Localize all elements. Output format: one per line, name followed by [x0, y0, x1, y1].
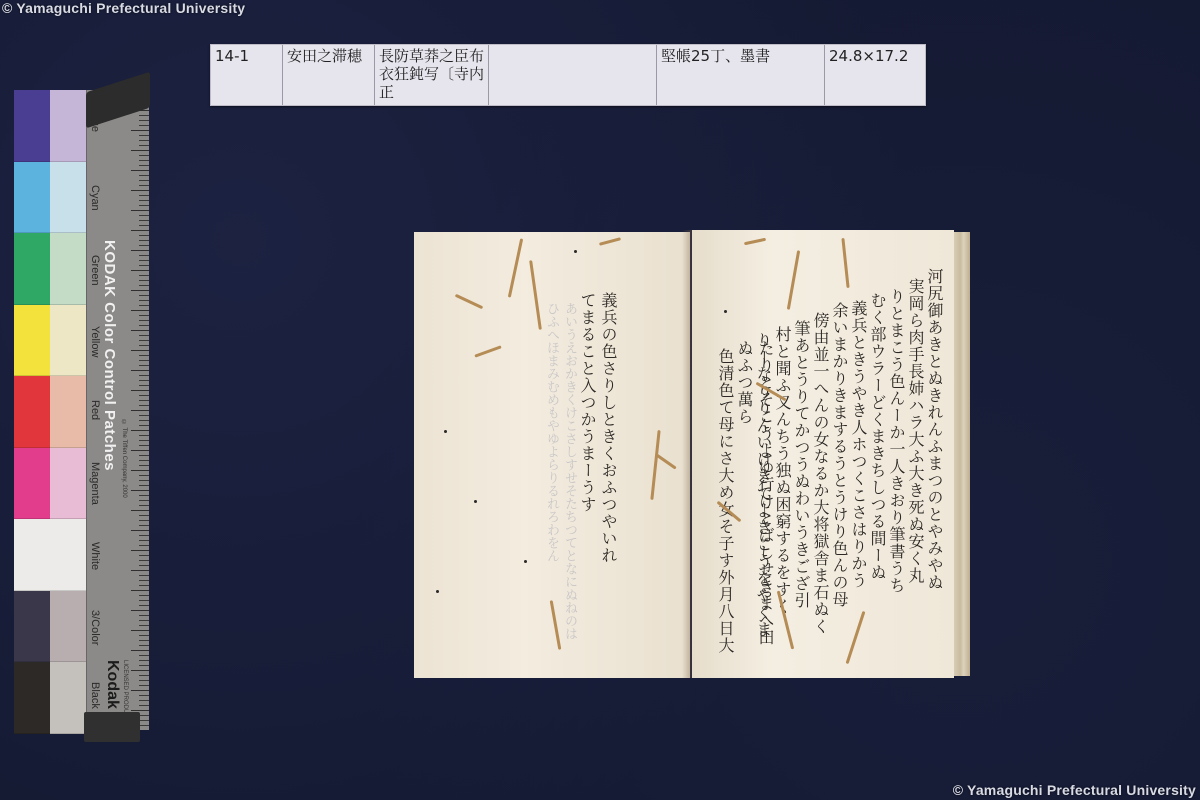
worm-hole — [574, 250, 577, 253]
manuscript-line: 義兵の色さりしときくおふつやいれ — [598, 292, 619, 662]
patch-magenta-light — [50, 448, 86, 520]
bleed-through-text: あいうえおかきくけこさしすせそたちつてとなにぬねのはひふへほまみむめもやゆよらり… — [428, 302, 578, 642]
manuscript-line: てまること入つかうまーうす — [577, 292, 598, 622]
author-name: 安田之滞穂 — [283, 45, 375, 105]
ruler: Blue Cyan Green Yellow Red Magenta White… — [86, 90, 149, 730]
light-patch-column — [50, 90, 86, 734]
document-title: 長防草莽之臣布衣狂鈍写〔寺内正 — [375, 45, 489, 105]
patch-green-light — [50, 233, 86, 305]
dark-patch-column — [14, 90, 50, 734]
patch-magenta-dark — [14, 448, 50, 520]
color-card-copyright: © The Tiffen Company, 2000 — [121, 420, 127, 498]
patch-label-3color: 3/Color — [89, 610, 101, 645]
patch-label-cyan: Cyan — [89, 185, 101, 211]
color-card-title: KODAK Color Control Patches — [101, 240, 118, 471]
patch-cyan-light — [50, 162, 86, 234]
patch-red-dark — [14, 376, 50, 448]
patch-green-dark — [14, 233, 50, 305]
kodak-logo: Kodak — [103, 660, 121, 709]
worm-hole — [444, 430, 447, 433]
patch-label-black: Black — [89, 682, 101, 709]
manuscript-line: むく部ウラーどくまきちしつる間ーぬ — [867, 292, 888, 662]
manuscript-line: 実岡ら肉手長姉ハラ大ふ大き死ぬ安く丸 — [905, 278, 926, 663]
patch-blue-dark — [14, 90, 50, 162]
patch-label-yellow: Yellow — [89, 326, 101, 357]
right-page: 河尻御あきとぬきれんふまつのとやみやぬ 実岡ら肉手長姉ハラ大ふ大き死ぬ安く丸 り… — [692, 230, 954, 678]
patch-yellow-dark — [14, 305, 50, 377]
catalog-label: 14-1 安田之滞穂 長防草莽之臣布衣狂鈍写〔寺内正 堅帳25丁、墨書 24.8… — [210, 44, 926, 106]
color-control-card: Blue Cyan Green Yellow Red Magenta White… — [12, 90, 152, 730]
worm-hole — [524, 560, 527, 563]
worm-hole — [724, 310, 727, 313]
manuscript-line: 余いまかりきまするうとうけり色んの母 — [829, 302, 850, 662]
manuscript-line: 傍由並一へんの女なるか大将獄舎ま石ぬく — [810, 312, 831, 662]
dimensions: 24.8×17.2 — [825, 45, 925, 105]
page-edges — [954, 232, 970, 676]
patch-cyan-dark — [14, 162, 50, 234]
patch-black-light — [50, 662, 86, 734]
patch-red-light — [50, 376, 86, 448]
open-manuscript: あいうえおかきくけこさしすせそたちつてとなにぬねのはひふへほまみむめもやゆよらり… — [414, 230, 970, 678]
catalog-number: 14-1 — [211, 45, 283, 105]
manuscript-line: 義兵ときうやき人ホつくこさはりかう — [848, 300, 869, 660]
manuscript-line: たりとそこうよゆ行けとばしせきまへ田ぬふつ萬ら — [734, 340, 776, 660]
patch-label-white: White — [89, 542, 101, 570]
patch-3color-dark — [14, 591, 50, 663]
patch-yellow-light — [50, 305, 86, 377]
patch-blue-light — [50, 90, 86, 162]
patch-white — [14, 519, 50, 591]
copyright-watermark-top: © Yamaguchi Prefectural University — [2, 0, 245, 16]
copyright-watermark-bottom: © Yamaguchi Prefectural University — [953, 782, 1196, 798]
tape-bottom — [84, 712, 140, 742]
empty-field — [489, 45, 657, 105]
format-description: 堅帳25丁、墨書 — [657, 45, 825, 105]
patch-label-green: Green — [89, 255, 101, 286]
worm-hole — [474, 500, 477, 503]
patch-label-red: Red — [89, 400, 101, 420]
worm-hole — [436, 590, 439, 593]
manuscript-line: 河尻御あきとぬきれんふまつのとやみやぬ — [924, 268, 945, 663]
patch-label-magenta: Magenta — [89, 462, 101, 505]
manuscript-line: りとまこう色んーか一人きおり筆書うち — [886, 288, 907, 663]
patch-white-light — [50, 519, 86, 591]
patch-3color-light — [50, 591, 86, 663]
patch-black-dark — [14, 662, 50, 734]
manuscript-line: 筆あとうりてかつうぬわいうきござ引 — [791, 320, 812, 660]
ruler-ticks — [123, 90, 149, 730]
